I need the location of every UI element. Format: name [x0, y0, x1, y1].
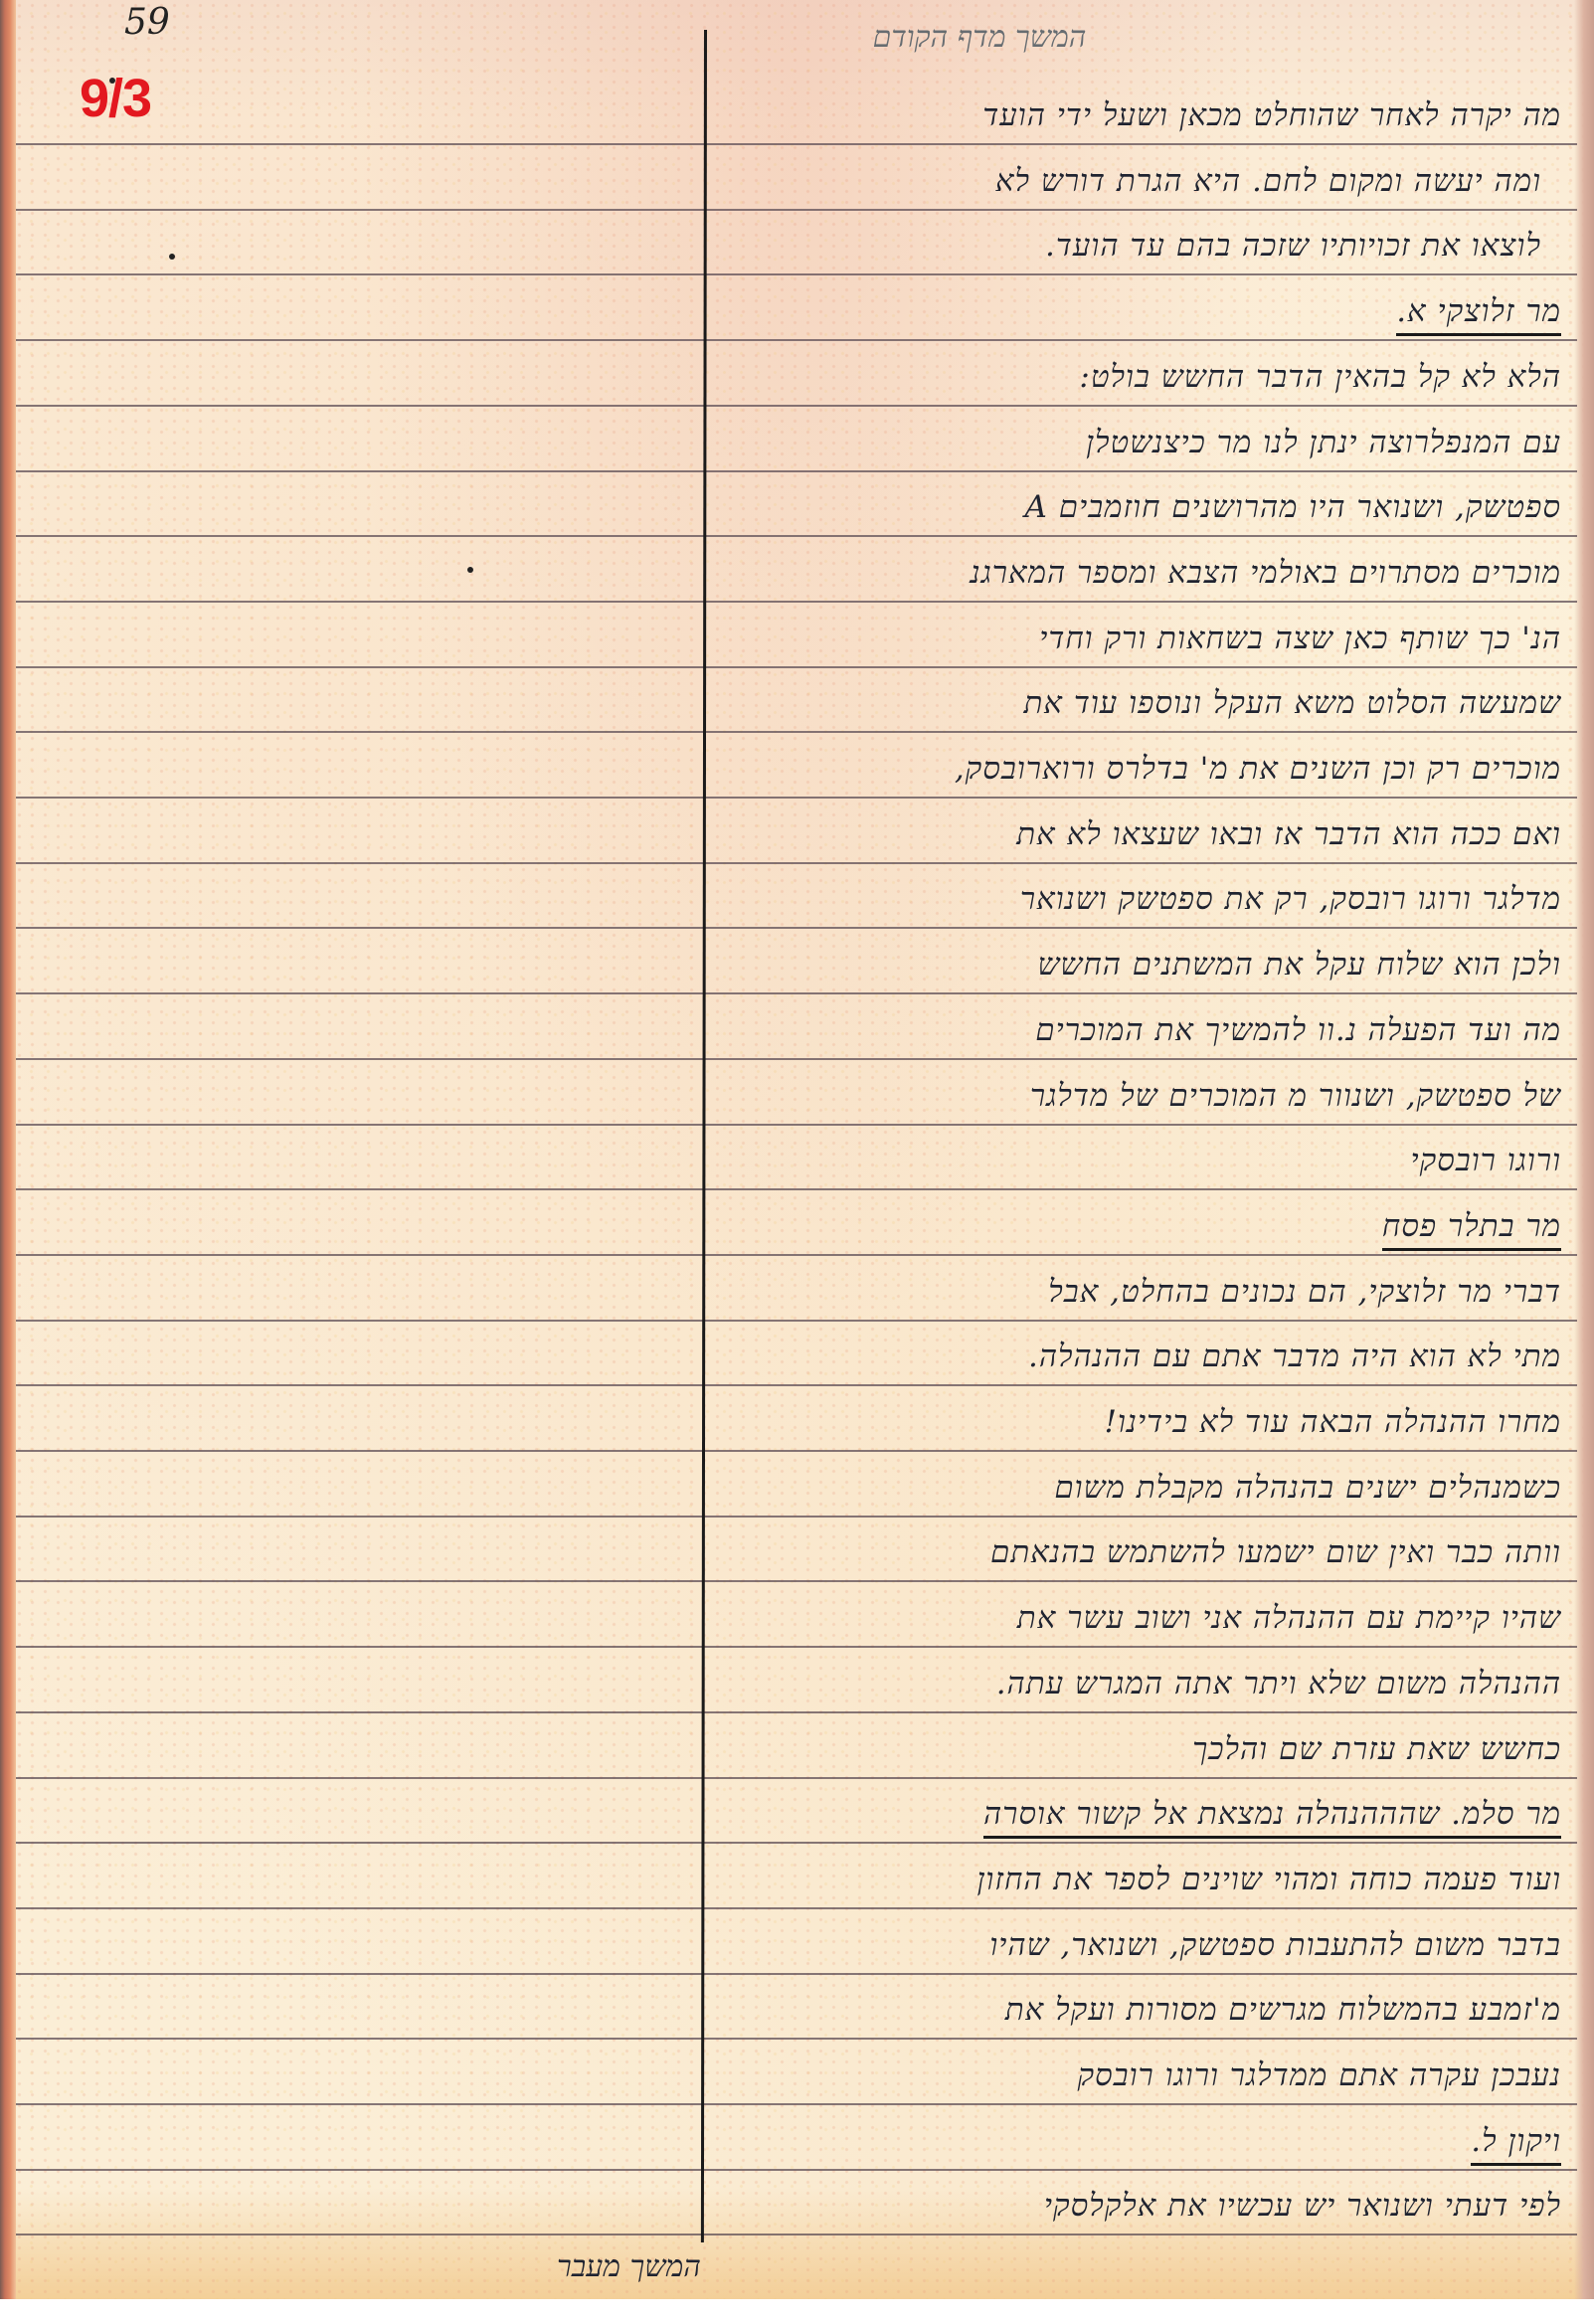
line-text: ולכן הוא שלוח עקל את המשתנים החשש [1037, 947, 1561, 983]
line-text: בדבר משום להתעבות ספטשק, ושנואר, שהיו [989, 1927, 1561, 1963]
text-line: ומה יעשה ומקום לחם. היא הגרת דורש לא [701, 151, 1561, 211]
ink-dot [109, 78, 115, 84]
line-text: ורוגו רובסקי [1410, 1143, 1561, 1178]
speaker-label: מר סלמ. שהההנהלה נמצאת אל קשור אוסרה [983, 1796, 1561, 1839]
line-text: מה יקרה לאחר שהוחלט מכאן ושעל ידי הועד [982, 97, 1561, 133]
text-line: מוכרים מסתרוים באולמי הצבא ומספר המארגנ [721, 543, 1561, 603]
speaker-name: ויקון ל. [721, 2111, 1561, 2171]
line-text: מוכרים מסתרוים באולמי הצבא ומספר המארגנ [970, 555, 1561, 591]
right-page-edge [1574, 0, 1594, 2299]
speaker-label: מר בתלר פסח [1382, 1208, 1561, 1251]
speaker-label: ויקון ל. [1471, 2123, 1561, 2166]
line-text: ספטשק, ושנואר היו מהרושנים חוזמבים A [1024, 489, 1561, 525]
text-line: הלא לא קל בהאין הדבר החשש בולט: [721, 347, 1561, 407]
text-line: כחשש שאת עזרת שם והלכך [721, 1719, 1561, 1779]
line-text: מחרו ההנהלה הבאה עוד לא בידינו! [1104, 1404, 1561, 1440]
scan-bottom-margin [0, 2299, 1594, 2324]
text-line: מה ועד הפעלה נ.וו להמשיך את המוכרים [721, 1000, 1561, 1060]
text-line: שמעשה הסלוט משא העקל ונוספו עוד את [721, 673, 1561, 733]
text-line: כשמנהלים ישנים בהנהלה מקבלת משום [721, 1458, 1561, 1518]
speaker-name: מר זלוצקי א. [721, 281, 1561, 341]
text-line: ההנהלה משום שלא ויתר אתה המגרש עתה. [721, 1654, 1561, 1713]
line-text: כחשש שאת עזרת שם והלכך [1192, 1731, 1561, 1767]
left-binding-edge [0, 0, 16, 2299]
text-line: הנ' כך שותף כאן שצה בשחאות ורק וחדי [721, 609, 1561, 668]
text-line: מ'זמבע בהמשלוח מגרשים מסורות ועקל את [721, 1980, 1561, 2040]
line-text: וותה כבר ואין שום ישמעו להשתמש בהנאתם [990, 1534, 1561, 1570]
line-text: ואם ככה הוא הדבר אז ובאו שעצאו לא את [1016, 816, 1561, 852]
line-text: שמעשה הסלוט משא העקל ונוספו עוד את [1023, 685, 1561, 721]
line-text: כשמנהלים ישנים בהנהלה מקבלת משום [1054, 1470, 1561, 1506]
line-text: לפי דעתי ושנואר יש עכשיו את אלקלסקי [1044, 2188, 1561, 2224]
line-text: עם המנפלרוצה ינתן לנו מר כיצנשטלן [1086, 425, 1561, 460]
text-line: מוכרים רק וכן השנים את מ' בדלרס ורוארובס… [721, 739, 1561, 799]
text-line: של ספטשק, ושנוור מ המוכרים של מדלגר [721, 1066, 1561, 1126]
line-text: מוכרים רק וכן השנים את מ' בדלרס ורוארובס… [955, 751, 1561, 787]
line-text: ומה יעשה ומקום לחם. היא הגרת דורש לא [995, 163, 1541, 199]
line-text: מתי לא הוא היה מדבר אתם עם ההנהלה. [1028, 1339, 1561, 1374]
line-text: שהיו קיימת עם ההנהלה אני ושוב עשר את [1017, 1600, 1561, 1636]
text-line: מחרו ההנהלה הבאה עוד לא בידינו! [721, 1392, 1561, 1452]
line-text: לוצאו את זכויותיו שזכה בהם עד הועד. [1045, 228, 1541, 264]
text-line: דברי מר זלוצקי, הם נכונים בהחלט, אבל [721, 1262, 1561, 1322]
page-number: 59 [124, 2, 170, 43]
page-title: המשך מדף הקודם [800, 20, 1158, 55]
text-line: ולכן הוא שלוח עקל את המשתנים החשש [721, 935, 1561, 994]
text-line: בדבר משום להתעבות ספטשק, ושנואר, שהיו [721, 1915, 1561, 1975]
line-text: ועוד פעמה כוחה ומהוי שוינים לספר את החזו… [977, 1862, 1562, 1897]
continued-note: המשך מעבר [557, 2249, 701, 2284]
line-text: מדלגר ורוגו רובסק, רק את ספטשק ושנואר [1020, 881, 1561, 917]
line-text: ההנהלה משום שלא ויתר אתה המגרש עתה. [996, 1666, 1561, 1701]
text-line: ורוגו רובסקי [721, 1131, 1561, 1190]
red-page-stamp: 9/3 [80, 68, 151, 129]
text-line: ספטשק, ושנואר היו מהרושנים חוזמבים A [721, 477, 1561, 537]
ink-dot [169, 254, 175, 260]
line-text: מ'זמבע בהמשלוח מגרשים מסורות ועקל את [1005, 1992, 1561, 2028]
line-text: נעבכן עקרה אתם ממדלגר ורוגו רובסק [1077, 2057, 1561, 2093]
line-text: הנ' כך שותף כאן שצה בשחאות ורק וחדי [1039, 621, 1561, 656]
text-line: לפי דעתי ושנואר יש עכשיו את אלקלסקי [721, 2176, 1561, 2235]
line-text: הלא לא קל בהאין הדבר החשש בולט: [1079, 359, 1561, 395]
text-line: לוצאו את זכויותיו שזכה בהם עד הועד. [701, 216, 1561, 275]
text-line: מה יקרה לאחר שהוחלט מכאן ושעל ידי הועד [721, 86, 1561, 145]
speaker-name: מר סלמ. שהההנהלה נמצאת אל קשור אוסרה [721, 1784, 1561, 1844]
text-line: ועוד פעמה כוחה ומהוי שוינים לספר את החזו… [721, 1850, 1561, 1909]
speaker-name: מר בתלר פסח [721, 1196, 1561, 1256]
text-line: מדלגר ורוגו רובסק, רק את ספטשק ושנואר [721, 869, 1561, 929]
text-line: עם המנפלרוצה ינתן לנו מר כיצנשטלן [721, 413, 1561, 472]
speaker-label: מר זלוצקי א. [1396, 293, 1561, 336]
line-text: של ספטשק, ושנוור מ המוכרים של מדלגר [1030, 1078, 1561, 1114]
text-line: ואם ככה הוא הדבר אז ובאו שעצאו לא את [721, 804, 1561, 864]
text-line: שהיו קיימת עם ההנהלה אני ושוב עשר את [721, 1588, 1561, 1648]
margin-line [701, 30, 707, 2242]
text-line: מתי לא הוא היה מדבר אתם עם ההנהלה. [721, 1327, 1561, 1386]
line-text: מה ועד הפעלה נ.וו להמשיך את המוכרים [1035, 1012, 1561, 1048]
ink-dot [467, 567, 473, 573]
notebook-page: 59 9/3 המשך מדף הקודם מה יקרה לאחר שהוחל… [0, 0, 1594, 2299]
line-text: דברי מר זלוצקי, הם נכונים בהחלט, אבל [1048, 1274, 1561, 1310]
text-line: נעבכן עקרה אתם ממדלגר ורוגו רובסק [721, 2046, 1561, 2105]
text-line: וותה כבר ואין שום ישמעו להשתמש בהנאתם [721, 1522, 1561, 1582]
